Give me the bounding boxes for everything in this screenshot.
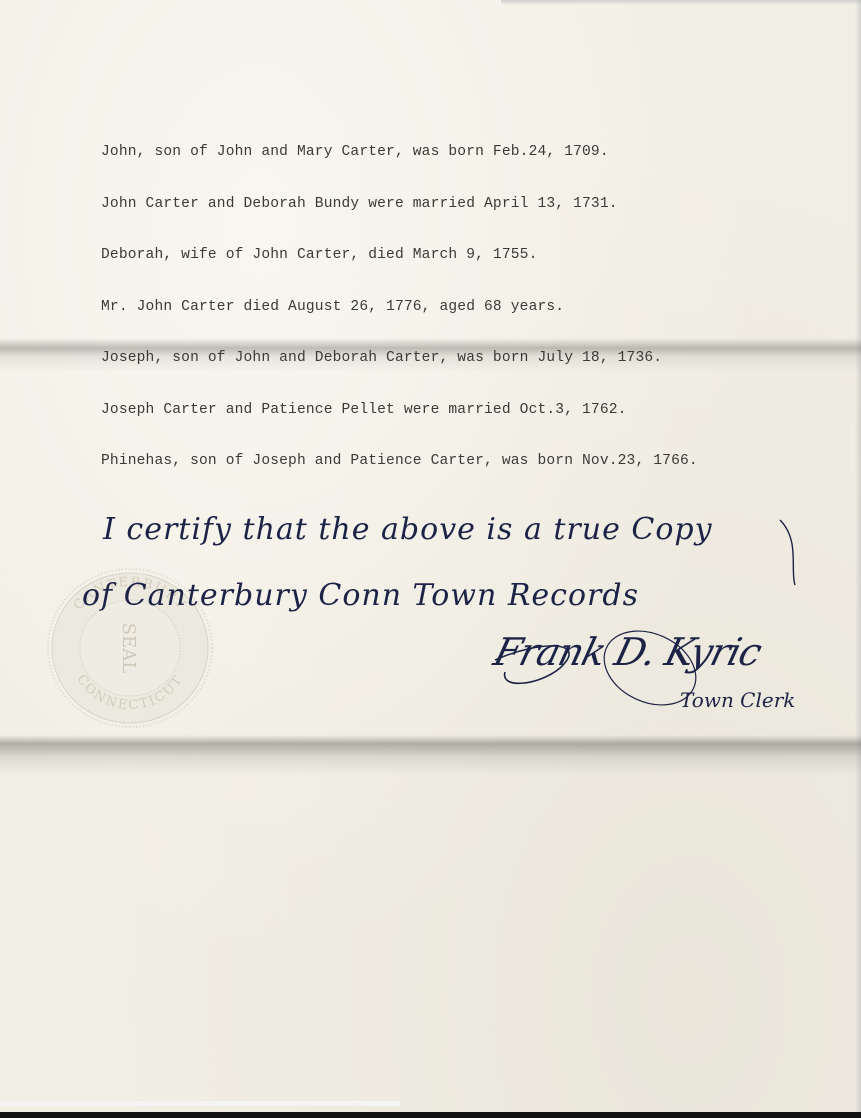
record-line: Deborah, wife of John Carter, died March… bbox=[101, 245, 841, 297]
scan-edge bbox=[0, 1101, 400, 1106]
record-line: Phinehas, son of Joseph and Patience Car… bbox=[101, 451, 841, 503]
paper-edge-shadow bbox=[501, 0, 861, 5]
record-line: Joseph, son of John and Deborah Carter, … bbox=[101, 348, 841, 400]
signer-title: Town Clerk bbox=[680, 688, 795, 712]
record-line: Mr. John Carter died August 26, 1776, ag… bbox=[101, 297, 841, 349]
scan-border bbox=[0, 1112, 861, 1118]
fold-crease-lower bbox=[0, 735, 861, 775]
record-line: Joseph Carter and Patience Pellet were m… bbox=[101, 400, 841, 452]
paper-edge-right bbox=[855, 0, 861, 1112]
certification-line-2: of Canterbury Conn Town Records bbox=[82, 578, 639, 613]
clerk-signature: Frank D. Kyric bbox=[490, 630, 766, 674]
certification-line-1: I certify that the above is a true Copy bbox=[103, 512, 713, 547]
typed-records: John, son of John and Mary Carter, was b… bbox=[101, 142, 841, 503]
record-line: John, son of John and Mary Carter, was b… bbox=[101, 142, 841, 194]
svg-text:SEAL: SEAL bbox=[118, 623, 139, 673]
record-line: John Carter and Deborah Bundy were marri… bbox=[101, 194, 841, 246]
document-paper: John, son of John and Mary Carter, was b… bbox=[0, 0, 861, 1112]
